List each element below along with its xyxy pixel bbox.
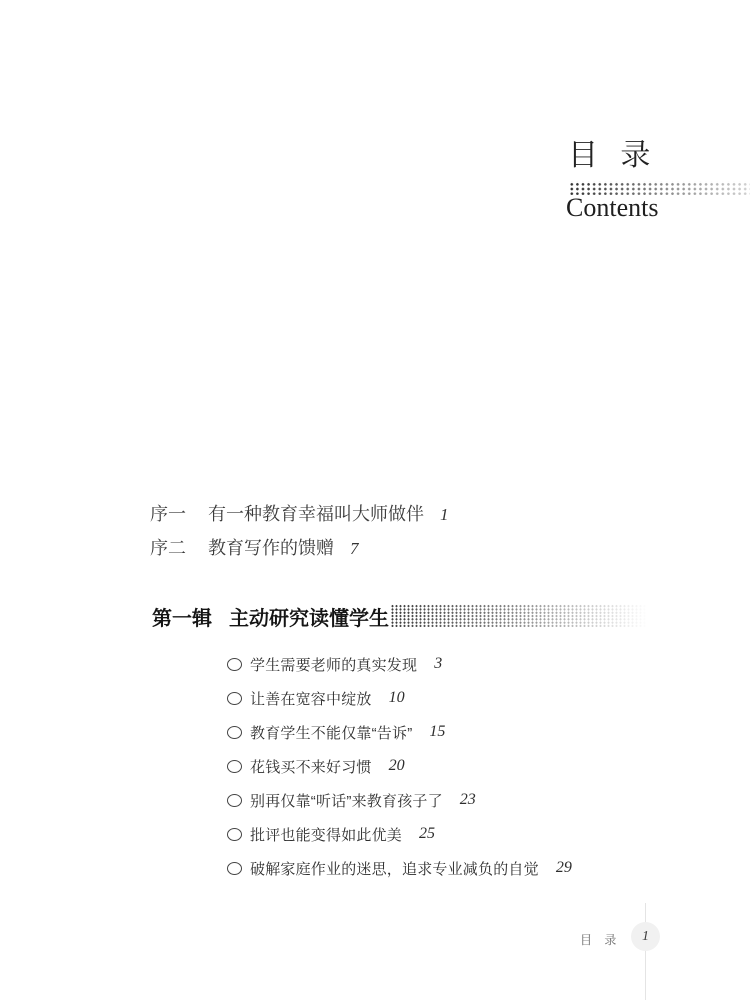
circle-bullet-icon [227,658,242,671]
toc-entry-title: 教育学生不能仅靠“告诉” [250,722,412,743]
preface-label: 序二 [150,534,208,560]
page-number-badge: 1 [631,922,660,951]
preface-entry: 序一 有一种教育幸福叫大师做伴 1 [150,500,449,519]
toc-entry-title: 别再仅靠“听话”来教育孩子了 [250,790,443,811]
toc-entry-page-number: 25 [419,825,435,843]
footer-rule [645,903,646,1000]
circle-bullet-icon [227,760,242,773]
preface-label: 序一 [150,500,208,526]
preface-list: 序一 有一种教育幸福叫大师做伴 1 序二 教育写作的馈赠 7 [150,500,449,568]
toc-entry-title: 学生需要老师的真实发现 [250,654,417,675]
toc-entry-page-number: 23 [460,791,476,809]
toc-entry-page-number: 20 [389,757,405,775]
preface-title: 教育写作的馈赠 [208,534,334,560]
toc-entry: 让善在宽容中绽放 10 [227,681,572,715]
circle-bullet-icon [227,828,242,841]
toc-entry: 教育学生不能仅靠“告诉” 15 [227,715,572,749]
preface-page-number: 1 [440,505,449,525]
toc-entry-title: 花钱买不来好习惯 [250,756,372,777]
preface-page-number: 7 [350,539,359,559]
toc-entry-page-number: 10 [389,689,405,707]
toc-list: 学生需要老师的真实发现 3 让善在宽容中绽放 10 教育学生不能仅靠“告诉” 1… [227,647,572,885]
toc-entry-title: 批评也能变得如此优美 [250,824,402,845]
toc-entry-title: 破解家庭作业的迷思，追求专业减负的自觉 [250,858,539,879]
toc-entry: 批评也能变得如此优美 25 [227,817,572,851]
section-header: 第一辑 主动研究读懂学生 [152,602,389,631]
toc-entry: 别再仅靠“听话”来教育孩子了 23 [227,783,572,817]
footer-page-number: 1 [642,929,649,945]
circle-bullet-icon [227,726,242,739]
page-title: 目 录 [568,139,651,173]
preface-title: 有一种教育幸福叫大师做伴 [208,500,424,526]
toc-entry: 学生需要老师的真实发现 3 [227,647,572,681]
toc-entry: 花钱买不来好习惯 20 [227,749,572,783]
section-title: 主动研究读懂学生 [229,602,389,631]
preface-entry: 序二 教育写作的馈赠 7 [150,534,449,553]
toc-entry-title: 让善在宽容中绽放 [250,688,372,709]
section-dot-band [390,604,648,627]
circle-bullet-icon [227,692,242,705]
footer-running-title: 目 录 [580,931,617,948]
toc-entry-page-number: 3 [434,655,442,673]
page-subtitle: Contents [566,193,658,223]
toc-page: 目 录 Contents 序一 有一种教育幸福叫大师做伴 1 序二 教育写作的馈… [0,0,750,1000]
toc-entry-page-number: 15 [429,723,445,741]
circle-bullet-icon [227,794,242,807]
toc-entry: 破解家庭作业的迷思，追求专业减负的自觉 29 [227,851,572,885]
toc-entry-page-number: 29 [556,859,572,877]
circle-bullet-icon [227,862,242,875]
section-label: 第一辑 [152,602,212,631]
